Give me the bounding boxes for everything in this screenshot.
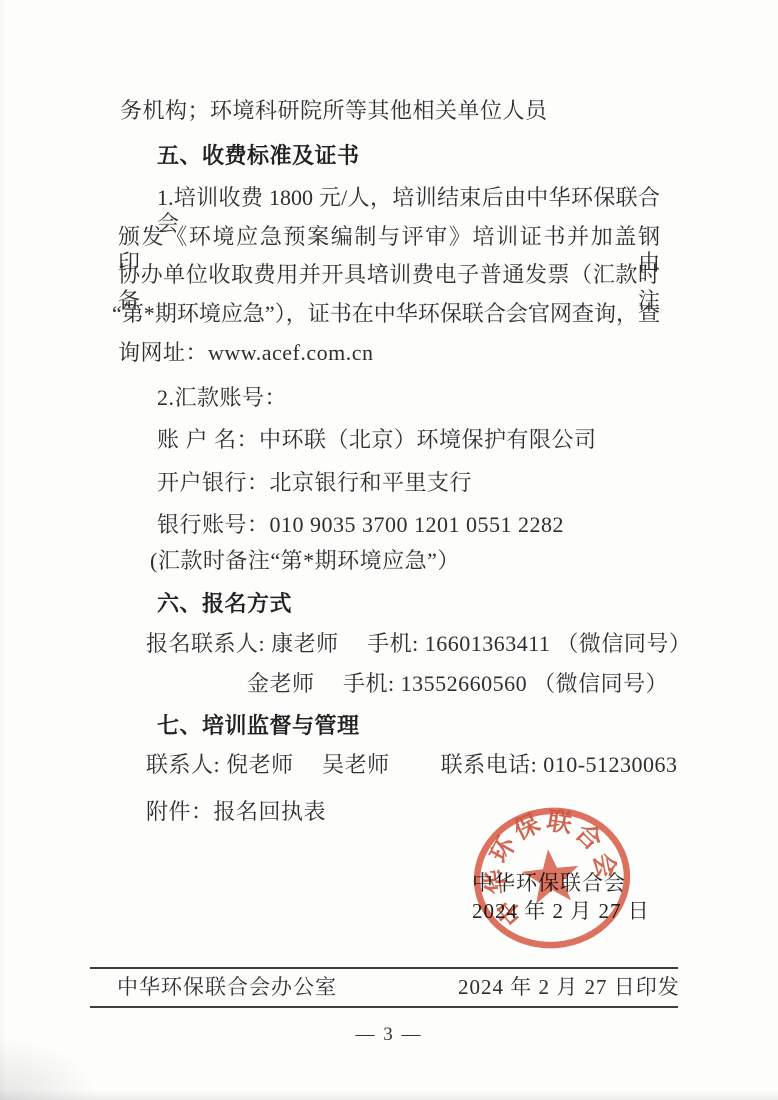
- account-name-line: 账 户 名：中环联（北京）环境保护有限公司: [157, 427, 597, 453]
- document-page: 务机构；环境科研院所等其他相关单位人员 五、收费标准及证书 1.培训收费 180…: [0, 0, 778, 1100]
- account-number-line: 银行账号：010 9035 3700 1201 0551 2282: [157, 512, 564, 538]
- footer-print-date: 2024 年 2 月 27 日印发: [458, 974, 680, 1000]
- seal-star-icon: [520, 846, 582, 905]
- body-text-line: 务机构；环境科研院所等其他相关单位人员: [120, 98, 548, 124]
- seal-char: 会: [588, 851, 621, 881]
- footer-rule-bottom: [90, 1006, 678, 1008]
- page-number: — 3 —: [0, 1024, 778, 1046]
- section6-heading: 六、报名方式: [157, 591, 292, 617]
- bank-line: 开户银行：北京银行和平里支行: [157, 470, 472, 496]
- footer-rule-top: [90, 967, 678, 969]
- para1-line4: “第*期环境应急”），证书在中华环保联合会官网查询，查: [112, 301, 660, 327]
- para1-line5: 询网址：www.acef.com.cn: [118, 340, 374, 366]
- official-seal: 中 华 环 保 联 合 会: [459, 793, 646, 962]
- contact-line-2: 金老师 手机: 13552660560 （微信同号）: [247, 671, 668, 697]
- contact-line-1: 报名联系人: 康老师 手机: 16601363411 （微信同号）: [146, 631, 691, 657]
- supervision-contact-line: 联系人: 倪老师 吴老师 联系电话: 010-51230063: [146, 752, 678, 778]
- seal-char: 华: [482, 868, 512, 896]
- attachment-line: 附件：报名回执表: [146, 799, 326, 825]
- section5-heading: 五、收费标准及证书: [157, 143, 360, 169]
- seal-char: 联: [545, 807, 574, 839]
- section7-heading: 七、培训监督与管理: [157, 713, 360, 739]
- footer-issuing-office: 中华环保联合会办公室: [117, 974, 337, 1000]
- remittance-heading: 2.汇款账号：: [157, 385, 287, 411]
- remittance-note-line: (汇款时备注“第*期环境应急”）: [150, 548, 460, 574]
